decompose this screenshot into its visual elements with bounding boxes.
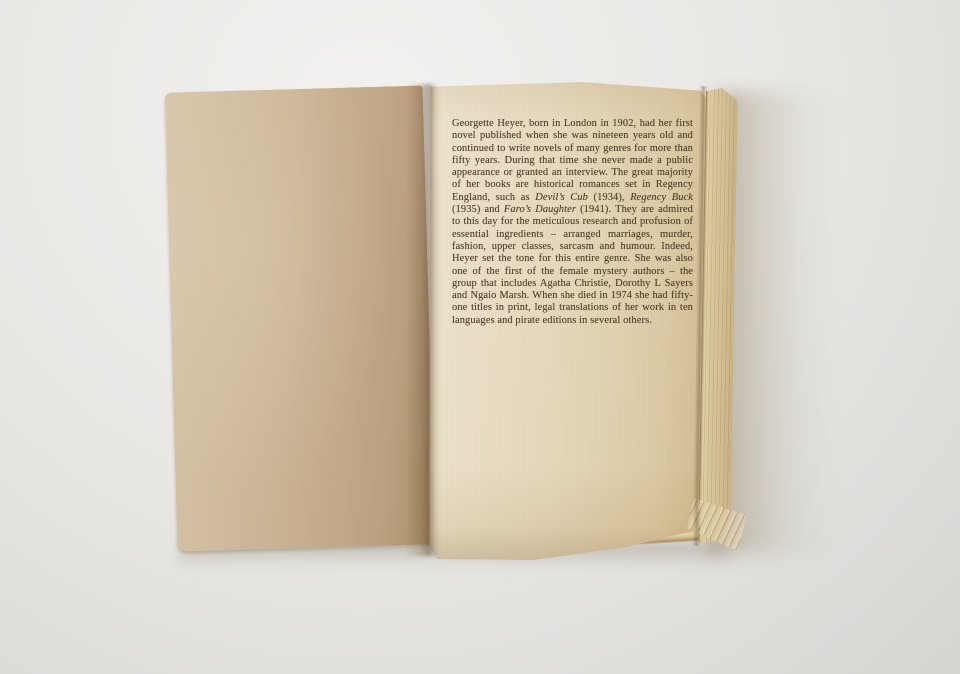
paragraph-text-segment: (1941). They are admired to this day for… [452, 204, 693, 326]
photo-backdrop: Georgette Heyer, born in London in 1902,… [0, 0, 960, 674]
book-title-italic: Devil’s Cub [535, 192, 588, 203]
open-book: Georgette Heyer, born in London in 1902,… [0, 0, 960, 674]
paragraph-text-segment: (1934), [588, 192, 630, 203]
paragraph-text-segment: Georgette Heyer, born in London in 1902,… [452, 118, 693, 203]
book-title-italic: Regency Buck [630, 192, 693, 203]
author-bio-paragraph: Georgette Heyer, born in London in 1902,… [452, 118, 693, 327]
book-title-italic: Faro’s Daughter [504, 204, 576, 215]
left-page [165, 85, 436, 551]
gutter-shadow [405, 84, 437, 556]
right-page: Georgette Heyer, born in London in 1902,… [429, 82, 706, 560]
paragraph-text-segment: (1935) and [452, 204, 504, 215]
